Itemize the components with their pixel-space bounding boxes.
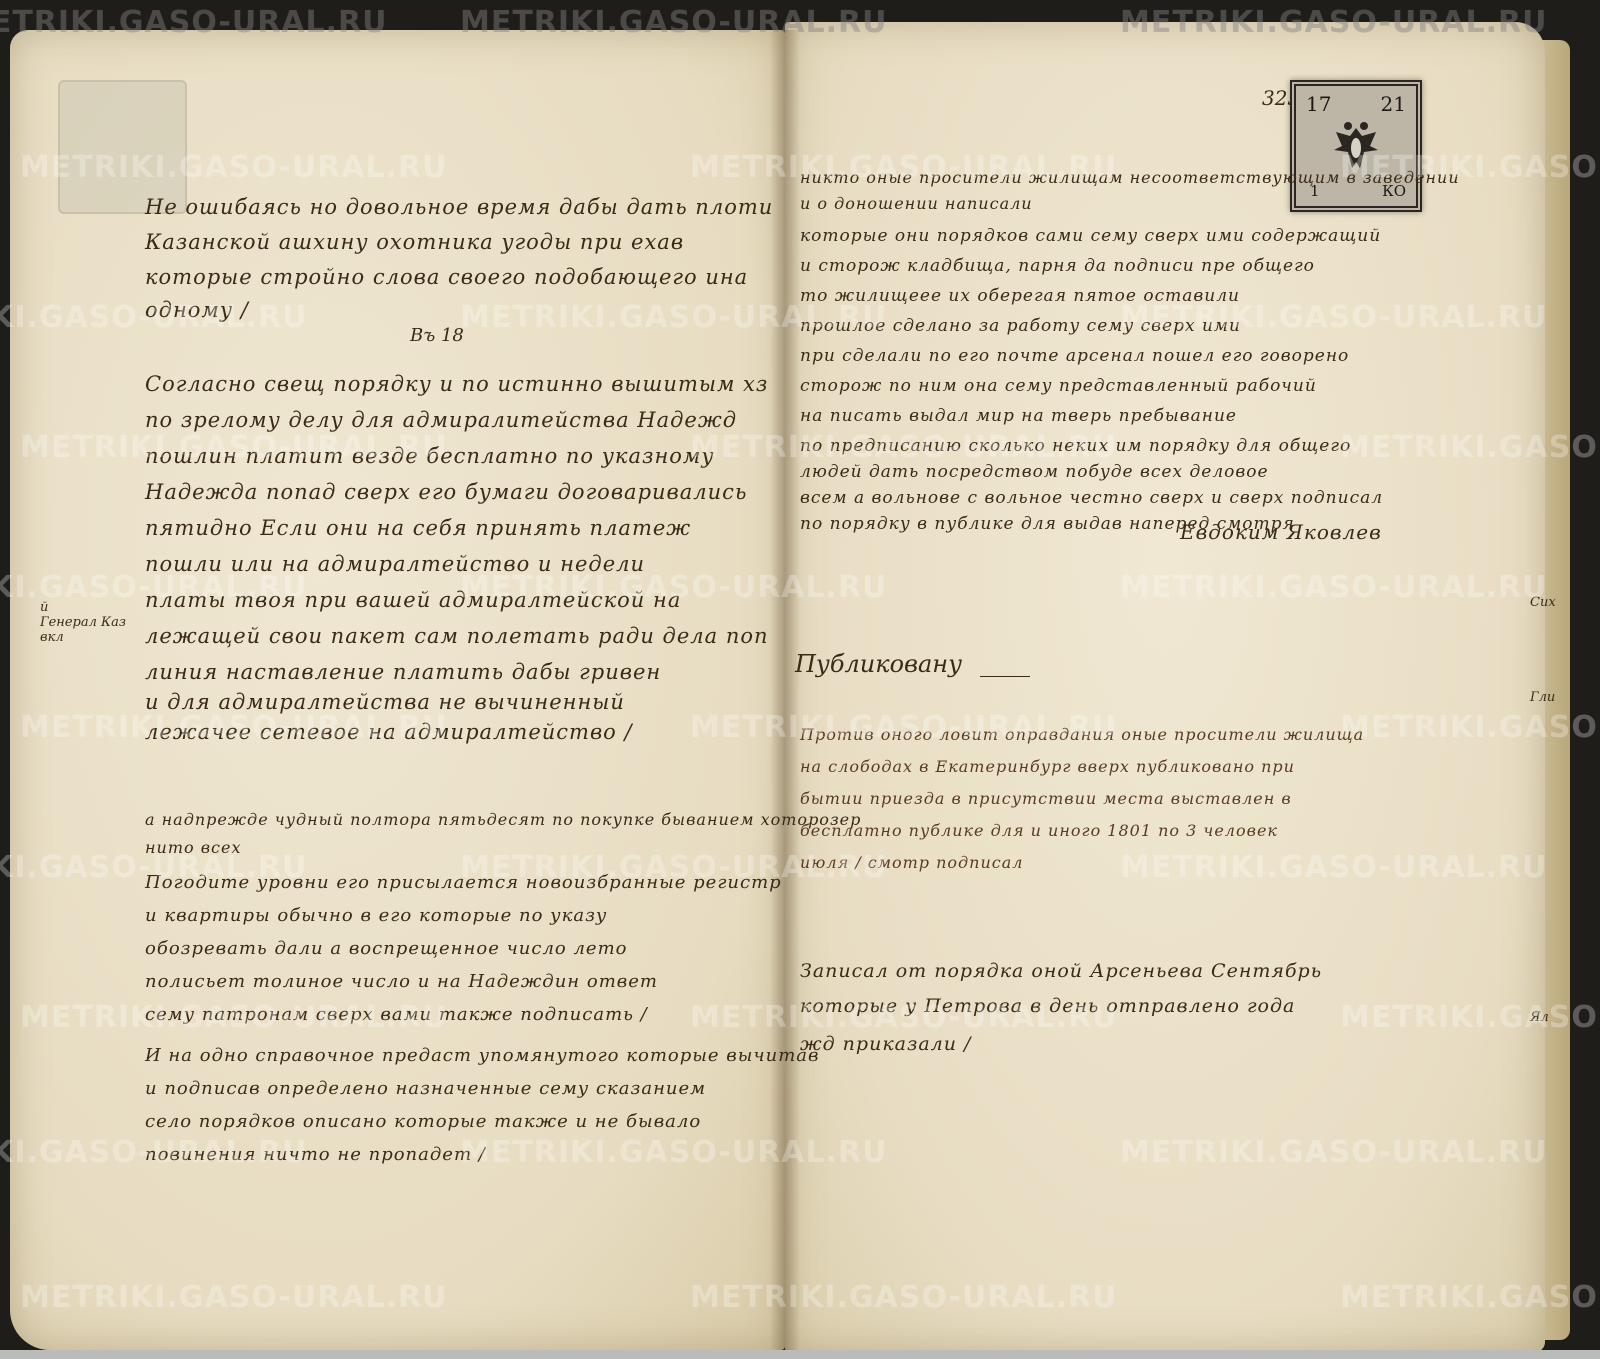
- signature-last-name: Яковлев: [1287, 520, 1382, 544]
- text-line: по зрелому делу для адмиралитейства Наде…: [145, 408, 737, 432]
- watermark: METRIKI.GASO-URAL.RU: [20, 430, 448, 465]
- watermark: METRIKI.GASO-URAL.RU: [20, 150, 448, 185]
- text-line: сторож по ним она сему представленный ра…: [800, 376, 1317, 396]
- watermark: METRIKI.GASO-URAL.RU: [460, 5, 888, 40]
- text-line: Согласно свещ порядку и по истинно вышит…: [145, 372, 768, 396]
- text-line: лежащей свои пакет сам полетать ради дел…: [145, 624, 769, 648]
- margin-note: й Генерал Каз вкл: [40, 600, 126, 645]
- watermark: METRIKI.GASO-URAL.RU: [1120, 850, 1548, 885]
- text-line: бесплатно публике для и иного 1801 по 3 …: [800, 821, 1278, 840]
- text-line: и подписав определено назначенные сему с…: [145, 1078, 706, 1099]
- edge-note: Гли: [1530, 690, 1555, 705]
- text-line: бытии приезда в присутствии места выстав…: [800, 789, 1292, 808]
- watermark: METRIKI.GASO-URAL.RU: [460, 850, 888, 885]
- watermark: METRIKI.GASO-URAL.RU: [0, 850, 308, 885]
- scan-bottom-strip: [0, 1350, 1600, 1359]
- stamp-year-right: 21: [1381, 92, 1406, 116]
- signature-first-name: Евдоким: [1180, 520, 1279, 544]
- margin-note-line: вкл: [40, 630, 126, 645]
- watermark: METRIKI.GASO-URAL.RU: [1120, 5, 1548, 40]
- text-line: И на одно справочное предаст упомянутого…: [145, 1045, 820, 1066]
- tax-stamp: 1721 1КО: [1290, 80, 1422, 212]
- text-line: Записал от порядка оной Арсеньева Сентяб…: [800, 960, 1322, 982]
- watermark: METRIKI.GASO-URAL.RU: [0, 5, 388, 40]
- text-line: которые они порядков сами сему сверх ими…: [800, 226, 1381, 246]
- watermark: METRIKI.GASO-URAL.RU: [1340, 430, 1600, 465]
- watermark: METRIKI.GASO-URAL.RU: [690, 150, 1118, 185]
- watermark: METRIKI.GASO-URAL.RU: [460, 570, 888, 605]
- heading-flourish: [980, 676, 1030, 677]
- watermark: METRIKI.GASO-URAL.RU: [1120, 570, 1548, 605]
- section-heading: Въ 18: [410, 325, 464, 346]
- text-line: Не ошибаясь но довольное время дабы дать…: [145, 195, 773, 219]
- watermark: METRIKI.GASO-URAL.RU: [1340, 1280, 1600, 1315]
- text-line: и о доношении написали: [800, 194, 1033, 213]
- text-line: пятидно Если они на себя принять платеж: [145, 516, 691, 540]
- watermark: METRIKI.GASO-URAL.RU: [460, 1135, 888, 1170]
- watermark: METRIKI.GASO-URAL.RU: [0, 570, 308, 605]
- watermark: METRIKI.GASO-URAL.RU: [1340, 1000, 1600, 1035]
- watermark: METRIKI.GASO-URAL.RU: [690, 1280, 1118, 1315]
- text-line: и квартиры обычно в его которые по указу: [145, 905, 607, 926]
- signature: Евдоким Яковлев: [1180, 520, 1382, 544]
- text-line: полисьет толиное число и на Надеждин отв…: [145, 971, 658, 992]
- watermark: METRIKI.GASO-URAL.RU: [20, 710, 448, 745]
- watermark: METRIKI.GASO-URAL.RU: [1340, 150, 1600, 185]
- watermark: METRIKI.GASO-URAL.RU: [460, 300, 888, 335]
- text-line: которые стройно слова своего подобающего…: [145, 265, 748, 289]
- watermark: METRIKI.GASO-URAL.RU: [690, 1000, 1118, 1035]
- margin-note-line: Генерал Каз: [40, 615, 126, 630]
- text-line: Надежда попад сверх его бумаги договарив…: [145, 480, 747, 504]
- text-line: при сделали по его почте арсенал пошел е…: [800, 346, 1349, 366]
- text-line: всем а вольнове с вольное честно сверх и…: [800, 488, 1383, 508]
- text-line: на писать выдал мир на тверь пребывание: [800, 406, 1237, 426]
- watermark: METRIKI.GASO-URAL.RU: [690, 430, 1118, 465]
- faded-stamp-impression: [58, 80, 187, 214]
- text-line: Казанской ашхину охотника угоды при ехав: [145, 230, 684, 254]
- section-heading: Публиковану: [795, 650, 962, 678]
- text-line: на слободах в Екатеринбург вверх публико…: [800, 757, 1295, 776]
- text-line: людей дать посредством побуде всех делов…: [800, 462, 1269, 482]
- watermark: METRIKI.GASO-URAL.RU: [20, 1000, 448, 1035]
- watermark: METRIKI.GASO-URAL.RU: [1340, 710, 1600, 745]
- text-line: линия наставление платить дабы гривен: [145, 660, 661, 684]
- text-line: село порядков описано которые также и не…: [145, 1111, 701, 1132]
- watermark: METRIKI.GASO-URAL.RU: [0, 300, 308, 335]
- watermark: METRIKI.GASO-URAL.RU: [1120, 300, 1548, 335]
- manuscript-spread: 323 1721 1КО Не ошибаясь но довольное вр…: [0, 0, 1600, 1359]
- text-line: жд приказали /: [800, 1033, 971, 1055]
- watermark: METRIKI.GASO-URAL.RU: [0, 1135, 308, 1170]
- text-line: обозревать дали а воспрещенное число лет…: [145, 938, 627, 959]
- watermark: METRIKI.GASO-URAL.RU: [690, 710, 1118, 745]
- watermark: METRIKI.GASO-URAL.RU: [1120, 1135, 1548, 1170]
- text-line: и сторож кладбища, парня да подписи пре …: [800, 256, 1315, 276]
- text-line: а надпрежде чудный полтора пятьдесят по …: [145, 810, 861, 829]
- watermark: METRIKI.GASO-URAL.RU: [20, 1280, 448, 1315]
- stamp-year-left: 17: [1306, 92, 1331, 116]
